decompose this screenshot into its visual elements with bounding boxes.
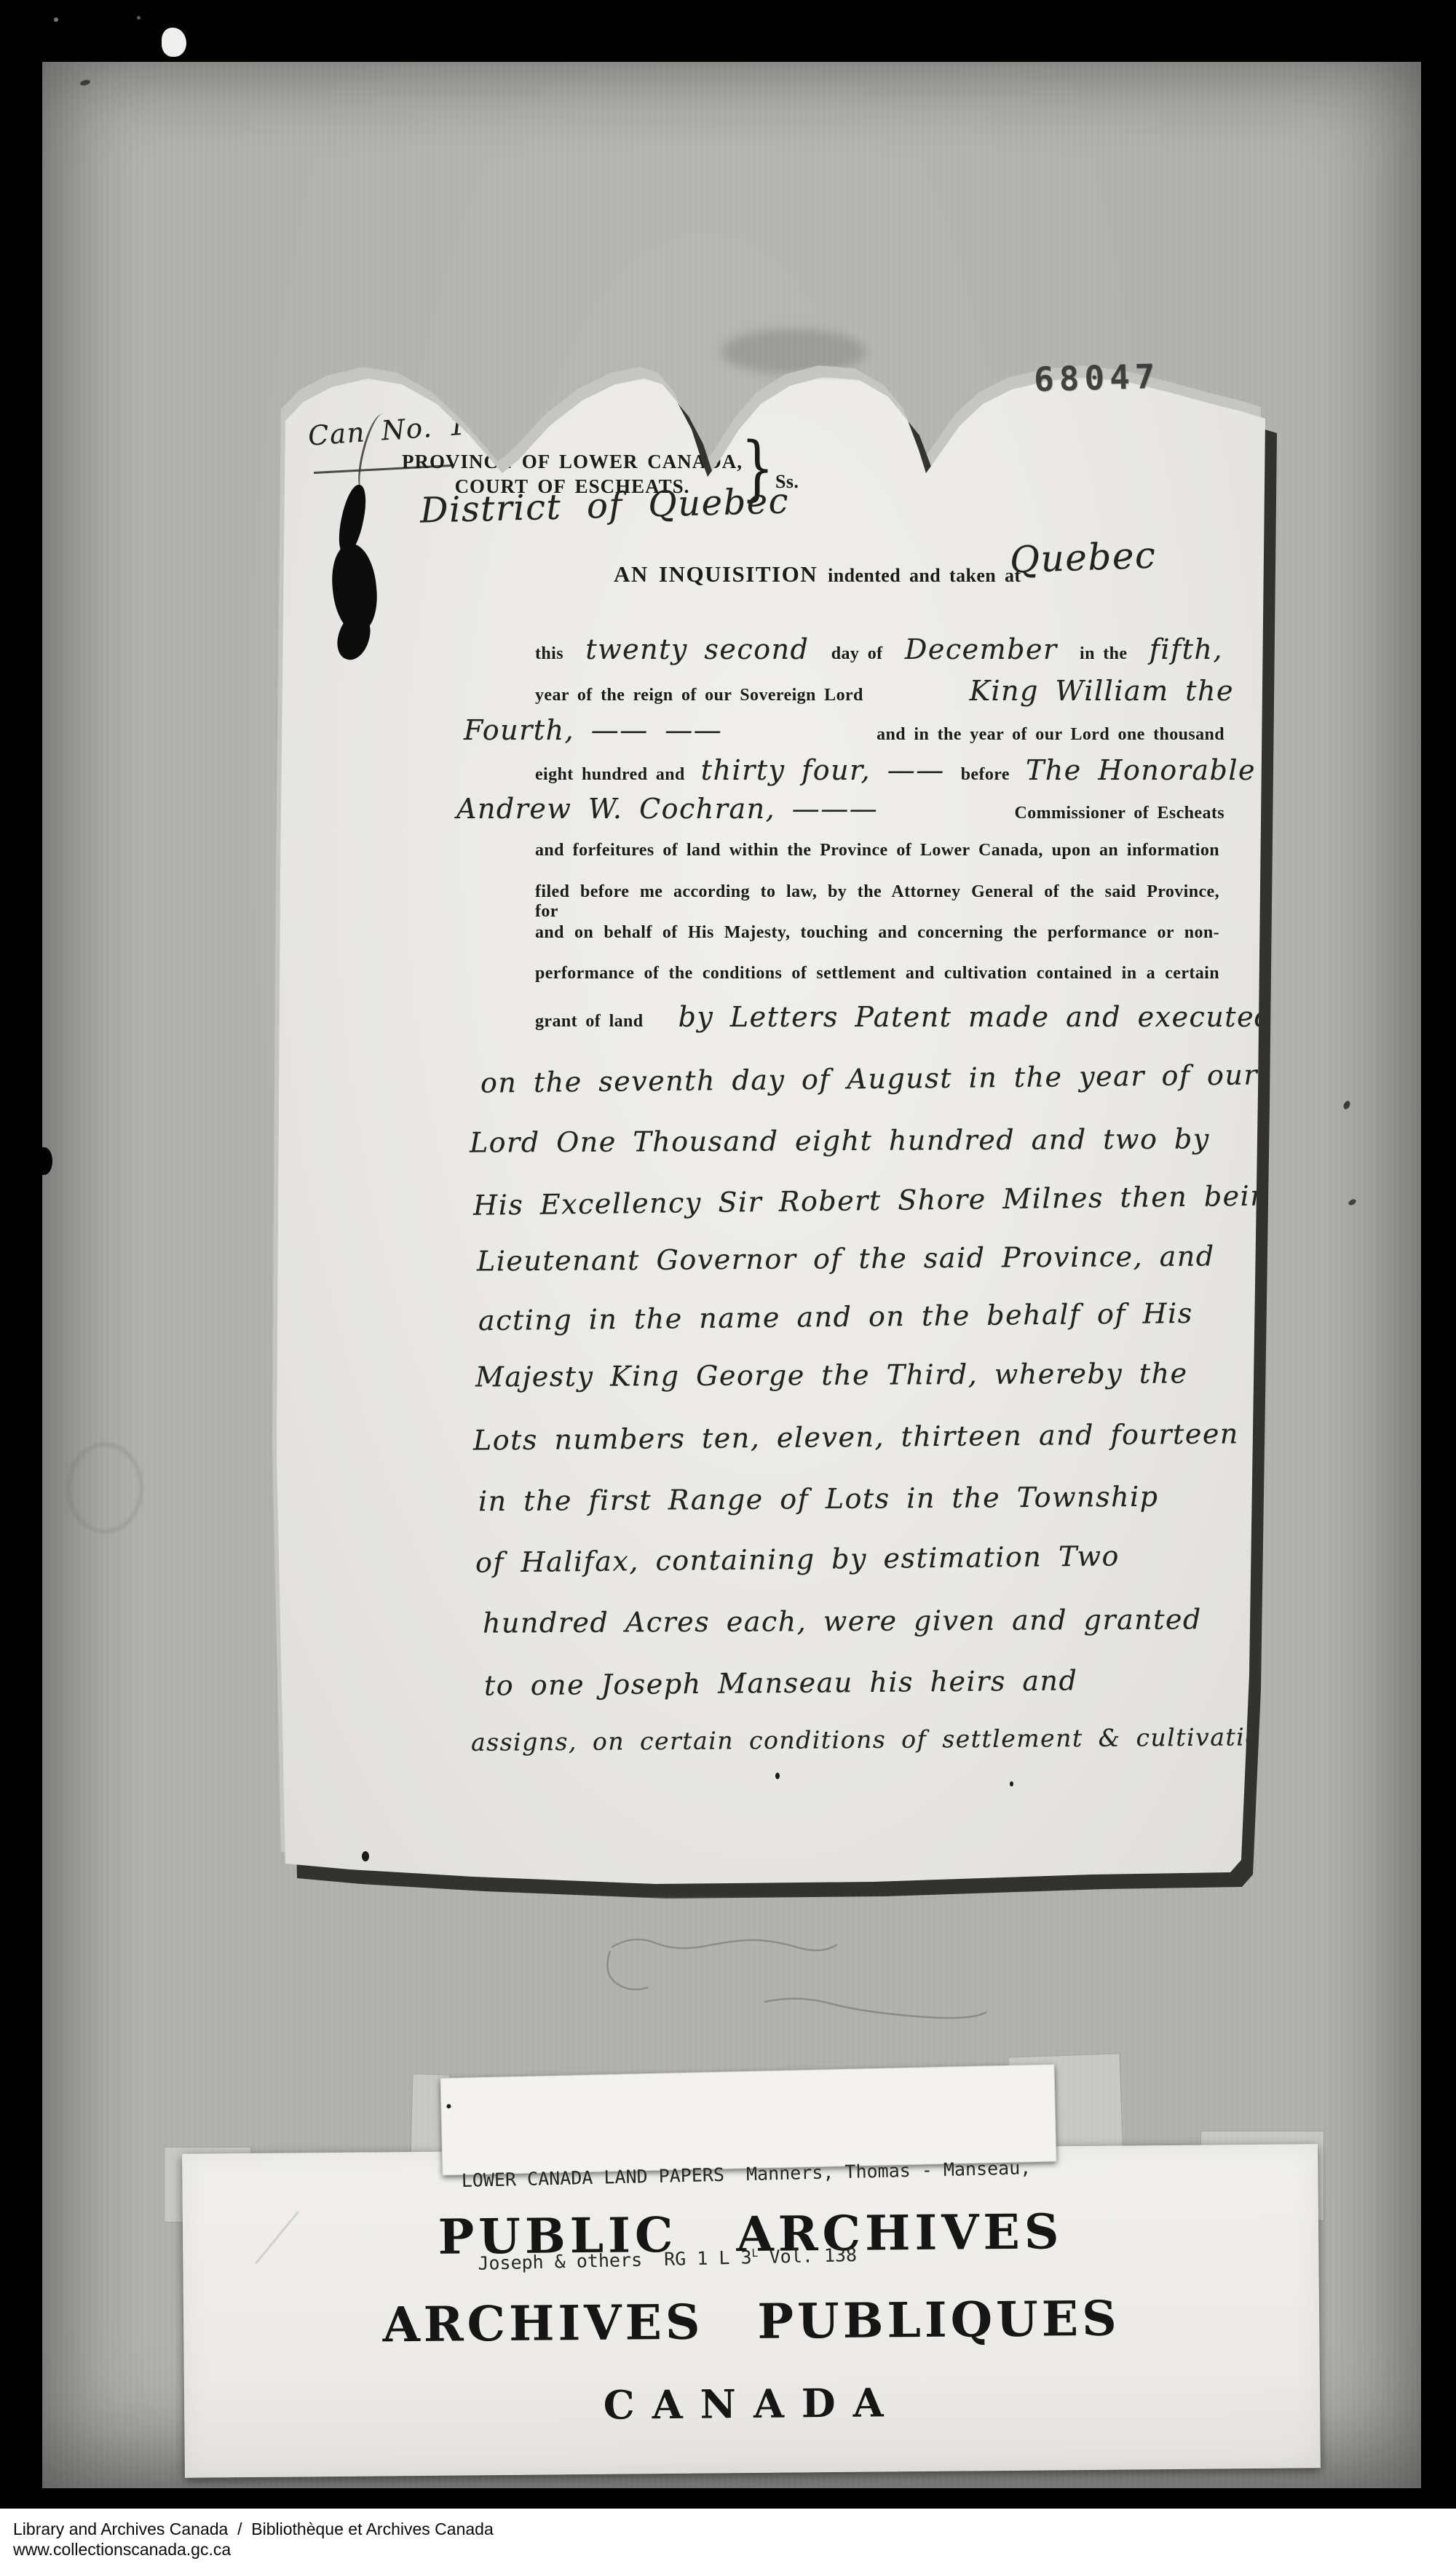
print-segment: grant of land (535, 1012, 644, 1032)
print-segment: before (961, 765, 1010, 785)
title-lead: AN INQUISITION (614, 561, 818, 587)
script-segment: December (905, 633, 1058, 665)
script-segment: thirty four, —— (701, 754, 945, 786)
script-segment: Fourth, —— —— (464, 714, 722, 746)
typed-reference-label: LOWER CANADA LAND PAPERS Manners, Thomas… (440, 2064, 1057, 2175)
paper-speck (362, 1851, 369, 1861)
script-segment: by Letters Patent made and executed (678, 1001, 1273, 1033)
print-segment: day of (831, 644, 883, 664)
print-segment: this (535, 644, 563, 664)
body-line: eight hundred and thirty four, —— before… (535, 754, 1256, 786)
body-line: assigns, on certain conditions of settle… (471, 1722, 1278, 1757)
print-segment: Commissioner of Escheats (1015, 804, 1224, 823)
body-line: to one Joseph Manseau his heirs and (484, 1664, 1078, 1701)
label-line1: LOWER CANADA LAND PAPERS Manners, Thomas… (461, 2154, 1057, 2194)
footer-strip: Library and Archives Canada / Bibliothèq… (0, 2509, 1456, 2569)
print-segment: in the (1080, 644, 1127, 664)
card-title-country: CANADA (184, 2375, 1320, 2432)
body-line: on the seventh day of August in the year… (480, 1058, 1258, 1099)
body-line: Lieutenant Governor of the said Province… (477, 1240, 1215, 1277)
body-line: Fourth, —— —— and in the year of our Lor… (464, 714, 1224, 746)
pencil-squiggle-mark (597, 1915, 1005, 2053)
jurisdiction-line1: PROVINCE OF LOWER CANADA, (395, 449, 749, 474)
body-line: Majesty King George the Third, whereby t… (475, 1357, 1188, 1393)
label-dot (446, 2104, 451, 2108)
script-segment: The Honorable (1026, 754, 1256, 786)
body-line: Lord One Thousand eight hundred and two … (470, 1123, 1210, 1158)
dust-speck (54, 17, 58, 22)
board-edge-notch (36, 1147, 52, 1175)
print-segment: year of the reign of our Sovereign Lord (535, 686, 863, 705)
body-line: Lots numbers ten, eleven, thirteen and f… (473, 1417, 1239, 1456)
label-line2: Joseph & others RG 1 L 3L Vol. 138 (463, 2233, 1059, 2277)
body-line: in the first Range of Lots in the Townsh… (478, 1481, 1159, 1518)
print-segment: and in the year of our Lord one thousand (877, 725, 1224, 745)
label-line2-prefix: Joseph & others RG 1 L 3 (478, 2247, 752, 2274)
body-line: of Halifax, containing by estimation Two (475, 1540, 1120, 1578)
label-line2-suffix: Vol. 138 (758, 2244, 857, 2268)
body-line: performance of the conditions of settlem… (535, 964, 1219, 983)
body-line: Andrew W. Cochran, ——— Commissioner of E… (456, 793, 1224, 825)
dust-speck (162, 28, 186, 57)
footer-url: www.collectionscanada.gc.ca (13, 2539, 231, 2560)
body-line: His Excellency Sir Robert Shore Milnes t… (473, 1179, 1289, 1222)
archival-scan-page: { "scan": { "colors": { "background": "#… (0, 0, 1456, 2569)
body-line: and on behalf of His Majesty, touching a… (535, 923, 1219, 943)
script-segment: King William the (970, 675, 1234, 707)
board-smudge (721, 329, 866, 374)
footer-credit-line: Library and Archives Canada / Bibliothèq… (13, 2519, 494, 2539)
title-rest: indented and taken at (828, 565, 1021, 587)
paper-speck (775, 1773, 780, 1779)
script-segment: Andrew W. Cochran, ——— (456, 793, 878, 825)
body-line: acting in the name and on the behalf of … (478, 1297, 1193, 1337)
accession-number-stamp: 68047 (1033, 357, 1160, 400)
dust-speck (137, 16, 141, 20)
body-line: filed before me according to law, by the… (535, 882, 1219, 922)
script-segment: twenty second (585, 633, 809, 665)
inquisition-title: AN INQUISITION indented and taken at (614, 561, 1021, 587)
paper-speck (1010, 1781, 1013, 1786)
body-line: grant of land by Letters Patent made and… (535, 1001, 1273, 1033)
script-segment: fifth, (1150, 633, 1223, 665)
body-line: and forfeitures of land within the Provi… (535, 841, 1219, 860)
place-handwritten: Quebec (1009, 534, 1157, 582)
document-paper: Can No. 1 PROVINCE OF LOWER CANADA, COUR… (266, 375, 1270, 1885)
print-segment: eight hundred and (535, 765, 685, 785)
body-line: this twenty second day of December in th… (535, 633, 1223, 665)
card-title-fr: ARCHIVES PUBLIQUES (183, 2288, 1320, 2355)
body-line: year of the reign of our Sovereign Lord … (535, 675, 1234, 707)
body-line: hundred Acres each, were given and grant… (483, 1603, 1202, 1639)
board-stain-ring (67, 1443, 143, 1533)
district-handwritten: District of Quebec (419, 480, 789, 531)
